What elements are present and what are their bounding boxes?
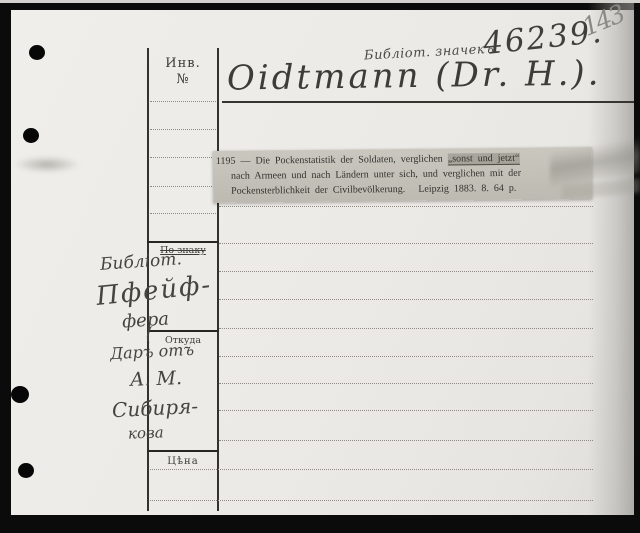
section-separator bbox=[147, 241, 219, 243]
punch-hole bbox=[11, 386, 29, 403]
ruled-line bbox=[150, 157, 216, 158]
ruled-line bbox=[219, 299, 593, 300]
ink-smudge bbox=[14, 156, 80, 173]
clipping-highlighted-phrase: „sonst und jetzt“ bbox=[448, 153, 520, 166]
punch-hole bbox=[18, 463, 34, 478]
handwritten-by-mark-line3: фера bbox=[121, 308, 169, 332]
ruled-line bbox=[219, 410, 593, 411]
ruled-line bbox=[219, 243, 593, 244]
inventory-label: Инв. bbox=[148, 56, 218, 72]
ruled-line bbox=[150, 129, 216, 130]
ruled-line bbox=[219, 440, 593, 441]
punch-hole bbox=[29, 45, 45, 60]
clipping-entry-number: 1195 bbox=[216, 156, 236, 167]
ruled-line bbox=[219, 271, 593, 272]
scan-edge-sliver bbox=[0, 0, 640, 3]
price-label: Цѣна bbox=[148, 456, 218, 467]
clipping-dash: — bbox=[240, 156, 250, 167]
punch-hole bbox=[23, 128, 39, 143]
ruled-line bbox=[219, 206, 593, 207]
scanned-catalog-card-photo: Инв. № По знаку Откуда Цѣна Библіот. Пфе… bbox=[0, 0, 640, 533]
clipping-line3: Pockensterblichkeit der Civilbevölkerung… bbox=[216, 180, 588, 199]
ruled-line bbox=[150, 213, 216, 214]
ruled-line bbox=[150, 101, 216, 102]
section-separator bbox=[147, 450, 219, 452]
pasted-clipping: 1195 — Die Pockenstatistik der Soldaten,… bbox=[213, 147, 593, 203]
ruled-line bbox=[150, 469, 593, 470]
ruled-line bbox=[150, 500, 593, 501]
ruled-line bbox=[219, 356, 593, 357]
clipping-line3-text: Pockensterblichkeit der Civilbevölkerung… bbox=[231, 184, 405, 197]
handwritten-origin-line3: Сибиря- bbox=[111, 394, 198, 422]
author-heading: Oidtmann (Dr. H.). bbox=[227, 53, 602, 98]
clipping-title-text: Die Pockenstatistik der Soldaten, vergli… bbox=[255, 154, 442, 167]
author-underline bbox=[222, 101, 634, 103]
inventory-number-symbol: № bbox=[148, 72, 218, 88]
ruled-line bbox=[219, 328, 593, 329]
ruled-line bbox=[150, 186, 216, 187]
handwritten-origin-line4: кова bbox=[128, 423, 164, 442]
inventory-header: Инв. № bbox=[148, 56, 218, 88]
clipping-imprint: Leipzig 1883. 8. 64 p. bbox=[418, 183, 516, 195]
column-rule-right bbox=[217, 48, 219, 511]
ruled-line bbox=[219, 383, 593, 384]
section-separator bbox=[147, 330, 219, 332]
handwritten-origin-line2: А. М. bbox=[130, 367, 183, 391]
